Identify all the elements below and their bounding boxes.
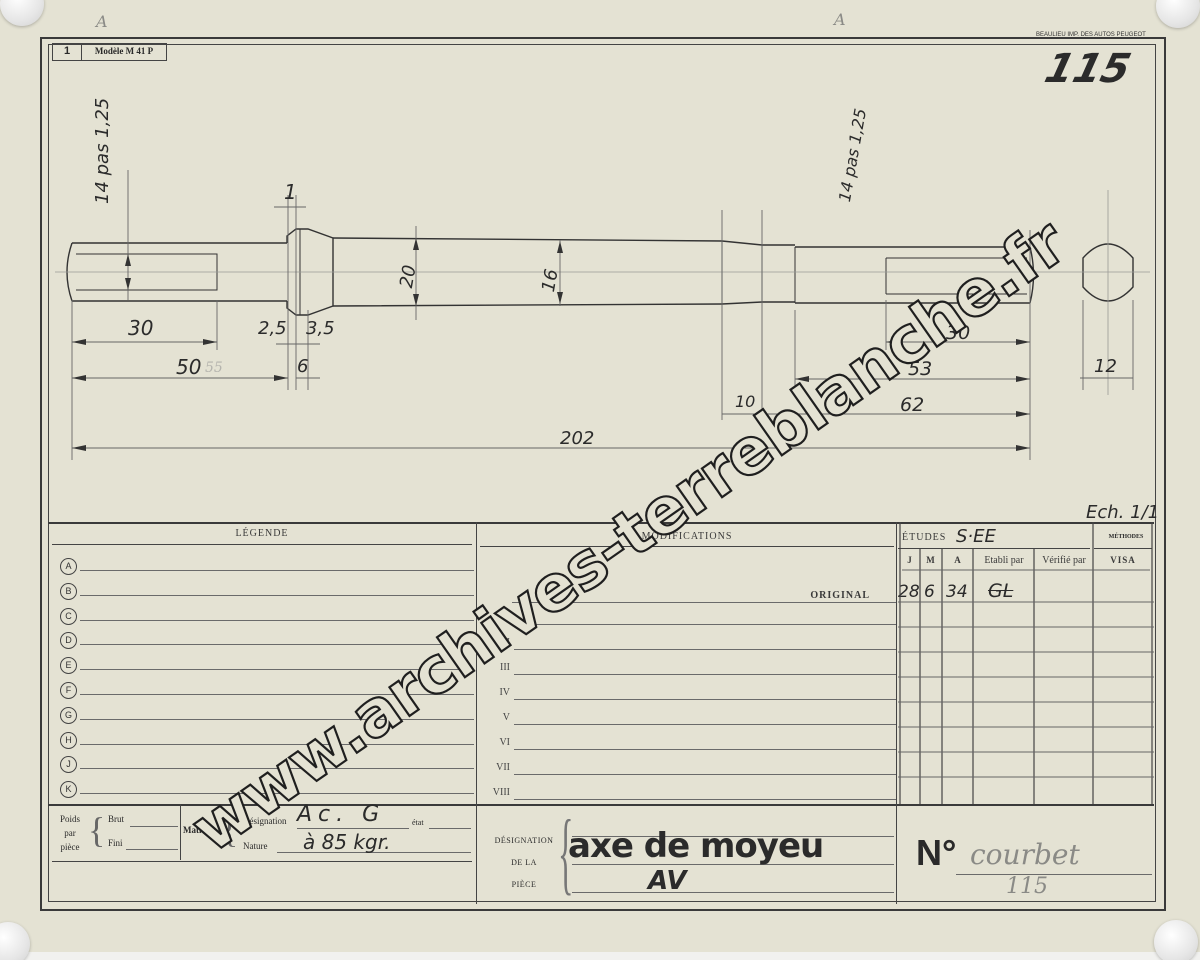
legende-marker-a: A [60, 558, 77, 575]
divider-designation [476, 804, 477, 904]
legende-line-b[interactable] [80, 595, 474, 596]
legende-line-d[interactable] [80, 644, 474, 645]
dim-collar-a: 2,5 [258, 318, 287, 339]
modification-row-label: V [470, 712, 510, 723]
modification-row-label: IV [470, 687, 510, 698]
nature-label: Nature [243, 841, 268, 851]
dim-end-flat: 12 [1094, 356, 1117, 377]
dim-taper-len: 10 [735, 392, 755, 411]
legende-panel: LÉGENDE [48, 522, 477, 804]
poids-fini-field[interactable] [126, 849, 178, 850]
dim-left-len: 50 [176, 355, 201, 379]
modification-row-line[interactable] [514, 749, 896, 750]
numero-panel: N° courbet 115 [898, 804, 1154, 904]
legende-marker-f: F [60, 682, 77, 699]
designation-label: Désignation [243, 816, 287, 826]
legende-line-j[interactable] [80, 768, 474, 769]
dim-left-len-pencil: 55 [205, 360, 223, 376]
designation-piece-panel: DÉSIGNATION DE LA PIÈCE { axe de moyeu A… [478, 804, 897, 904]
poids-label-2: par [54, 826, 86, 840]
numero-value-2: 115 [1006, 874, 1048, 899]
designation-piece-label-3: PIÈCE [486, 874, 562, 896]
dim-right-len-62: 62 [900, 394, 924, 416]
legende-marker-b: B [60, 583, 77, 600]
modification-row-line[interactable] [514, 774, 896, 775]
legende-line-f[interactable] [80, 694, 474, 695]
poids-label-1: Poids [54, 812, 86, 826]
modification-row-label: VI [470, 737, 510, 748]
matiere-bottom-border [52, 861, 472, 862]
modification-row-label: I [470, 612, 510, 623]
poids-brut-label: Brut [108, 814, 124, 824]
designation-value: Ac. G [297, 802, 385, 827]
modification-row-line[interactable] [514, 649, 896, 650]
legende-title: LÉGENDE [48, 528, 476, 539]
legende-marker-c: C [60, 608, 77, 625]
shaft-drawing [0, 0, 1200, 520]
poids-brut-field[interactable] [130, 826, 178, 827]
dim-spline-left: 14 pas 1,25 [92, 98, 113, 204]
etudes-grid [898, 522, 1154, 806]
numero-label: N° [916, 832, 956, 874]
dim-collar-width: 1 [284, 180, 297, 204]
modification-row-label: III [470, 662, 510, 673]
modification-row-label: VII [470, 762, 510, 773]
legende-line-k[interactable] [80, 793, 474, 794]
legende-line-h[interactable] [80, 744, 474, 745]
poids-label-3: pièce [54, 840, 86, 854]
modification-row-line[interactable] [514, 724, 896, 725]
scale-label: Ech. 1/1 [1086, 502, 1159, 523]
original-label: ORIGINAL [810, 590, 870, 601]
modification-row-line[interactable] [514, 799, 896, 800]
dim-collar-b: 3,5 [306, 318, 335, 339]
dim-dia-shaft: 16 [538, 267, 563, 293]
modifications-title: MODIFICATIONS [478, 531, 896, 542]
legende-marker-g: G [60, 707, 77, 724]
poids-fini-label: Fini [108, 838, 123, 848]
dim-left-spline-len: 30 [128, 316, 153, 340]
modification-row-line[interactable] [514, 674, 896, 675]
legende-marker-h: H [60, 732, 77, 749]
modification-row-line[interactable] [514, 624, 896, 625]
modification-row-label: II [470, 637, 510, 648]
etat-label: état [412, 818, 424, 827]
modifications-panel: MODIFICATIONS ORIGINAL [478, 522, 897, 804]
nature-value: à 85 kgr. [303, 830, 390, 854]
legende-line-a[interactable] [80, 570, 474, 571]
pushpin-bottom-right [1154, 920, 1198, 960]
dim-collar-total: 6 [297, 356, 308, 377]
legende-line-c[interactable] [80, 620, 474, 621]
designation-piece-value-2: AV [648, 866, 686, 896]
legende-line-e[interactable] [80, 669, 474, 670]
dim-overall-len: 202 [560, 428, 594, 449]
legende-line-g[interactable] [80, 719, 474, 720]
designation-piece-label-1: DÉSIGNATION [486, 830, 562, 852]
designation-piece-value: axe de moyeu [568, 826, 823, 866]
poids-panel: Poids par pièce { Brut Fini [48, 804, 181, 860]
dim-right-spline-len: 30 [946, 322, 970, 344]
dim-dia-collar: 20 [396, 263, 421, 289]
matiere-panel: Matière { Désignation Ac. G état Nature … [181, 804, 474, 860]
modification-row-line[interactable] [514, 699, 896, 700]
modification-row-label: VIII [470, 787, 510, 798]
matiere-label: Matière [183, 825, 213, 835]
original-line [512, 602, 896, 603]
numero-value: courbet [970, 838, 1080, 871]
designation-piece-label-2: DE LA [486, 852, 562, 874]
dim-right-len-53: 53 [908, 358, 932, 380]
